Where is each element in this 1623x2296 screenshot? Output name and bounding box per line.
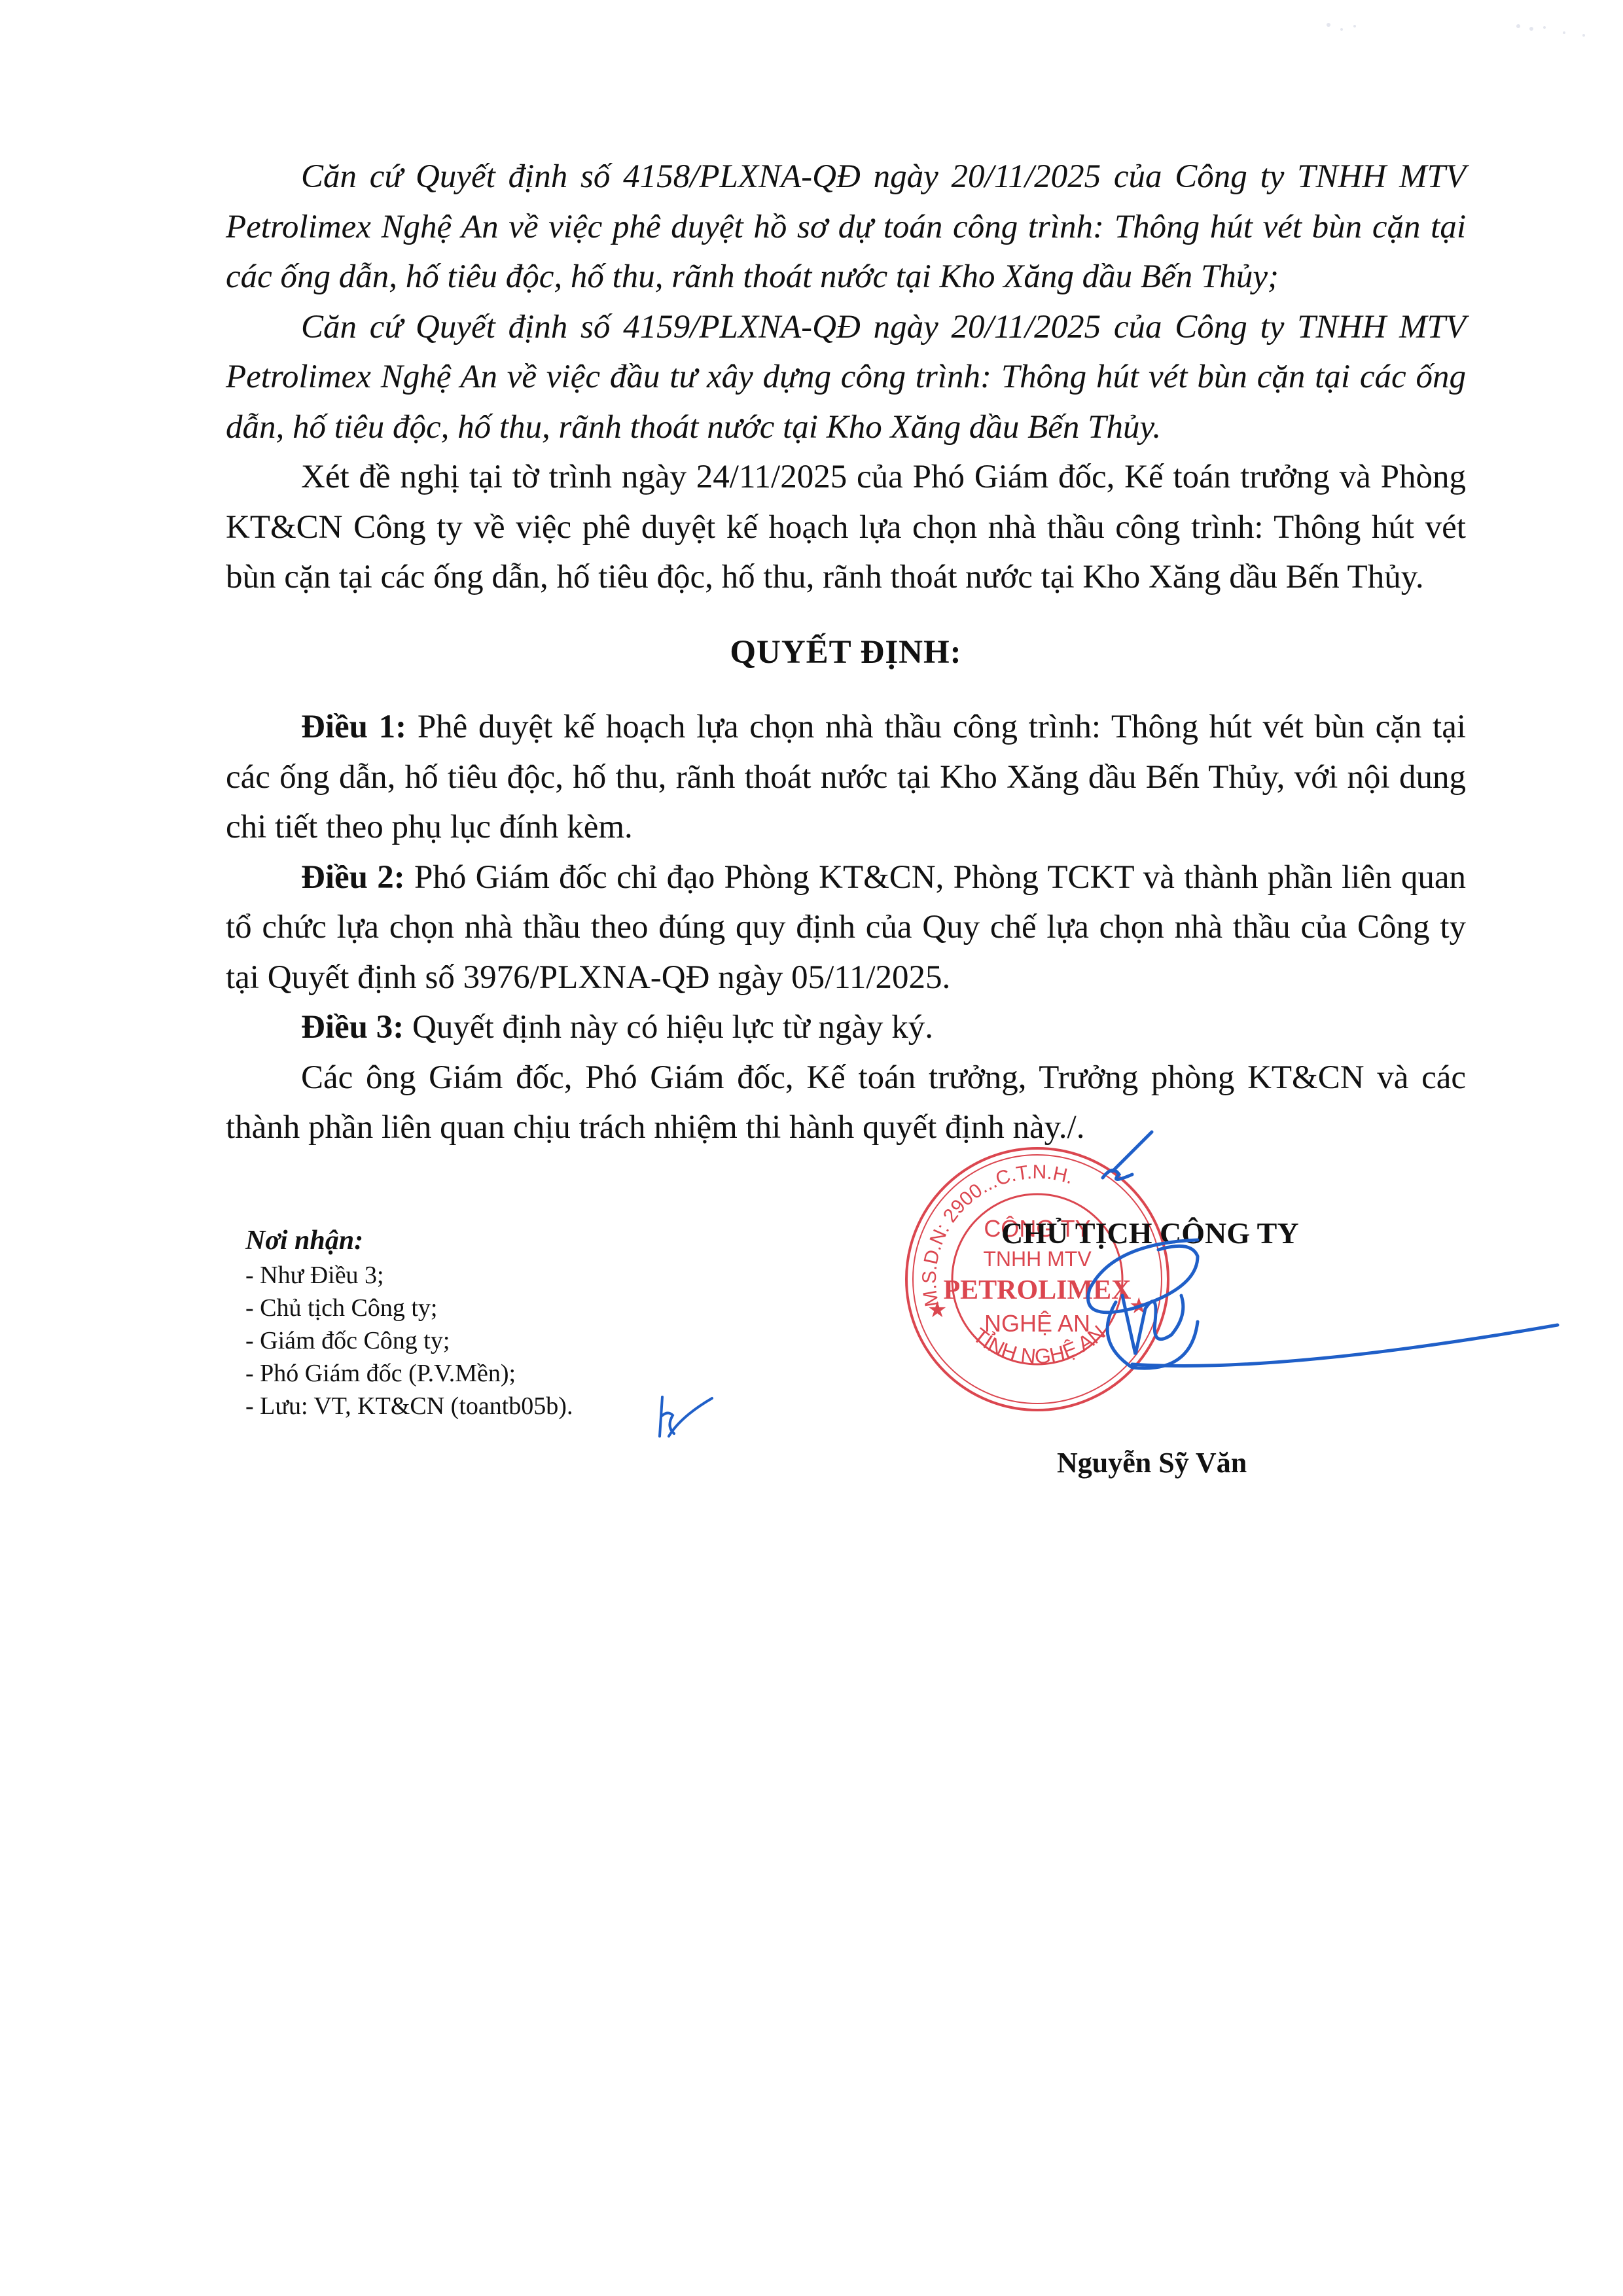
article-1: Điều 1: Phê duyệt kế hoạch lựa chọn nhà … (226, 702, 1466, 853)
recipient-item: - Chủ tịch Công ty; (245, 1292, 573, 1324)
initials-mark-icon (654, 1390, 717, 1443)
scan-noise-decoration (1302, 13, 1616, 46)
recipients-list: - Như Điều 3; - Chủ tịch Công ty; - Giám… (245, 1259, 573, 1422)
preamble-paragraph-3: Xét đề nghị tại tờ trình ngày 24/11/2025… (226, 452, 1466, 603)
preamble-paragraph-2: Căn cứ Quyết định số 4159/PLXNA-QĐ ngày … (226, 302, 1466, 453)
article-3: Điều 3: Quyết định này có hiệu lực từ ng… (226, 1002, 1466, 1053)
article-2-label: Điều 2: (301, 859, 405, 896)
recipients-title: Nơi nhận: (245, 1222, 573, 1259)
decision-heading: QUYẾT ĐỊNH: (226, 627, 1466, 678)
article-3-label: Điều 3: (301, 1009, 404, 1046)
recipients-block: Nơi nhận: - Như Điều 3; - Chủ tịch Công … (245, 1222, 573, 1422)
document-body: Căn cứ Quyết định số 4158/PLXNA-QĐ ngày … (226, 152, 1466, 1153)
signer-name: Nguyễn Sỹ Văn (1057, 1446, 1247, 1479)
article-3-text: Quyết định này có hiệu lực từ ngày ký. (404, 1009, 933, 1046)
document-page: Căn cứ Quyết định số 4158/PLXNA-QĐ ngày … (0, 0, 1623, 2296)
article-1-text: Phê duyệt kế hoạch lựa chọn nhà thầu côn… (226, 709, 1466, 845)
article-1-label: Điều 1: (301, 709, 406, 745)
article-2: Điều 2: Phó Giám đốc chỉ đạo Phòng KT&CN… (226, 853, 1466, 1003)
recipient-item: - Như Điều 3; (245, 1259, 573, 1292)
recipient-item: - Giám đốc Công ty; (245, 1324, 573, 1357)
handwritten-signature-icon (982, 1125, 1571, 1387)
preamble-paragraph-1: Căn cứ Quyết định số 4158/PLXNA-QĐ ngày … (226, 152, 1466, 302)
seal-star-left-icon: ★ (927, 1298, 947, 1322)
recipient-item: - Lưu: VT, KT&CN (toantb05b). (245, 1390, 573, 1422)
article-2-text: Phó Giám đốc chỉ đạo Phòng KT&CN, Phòng … (226, 859, 1466, 996)
recipient-item: - Phó Giám đốc (P.V.Mền); (245, 1357, 573, 1390)
